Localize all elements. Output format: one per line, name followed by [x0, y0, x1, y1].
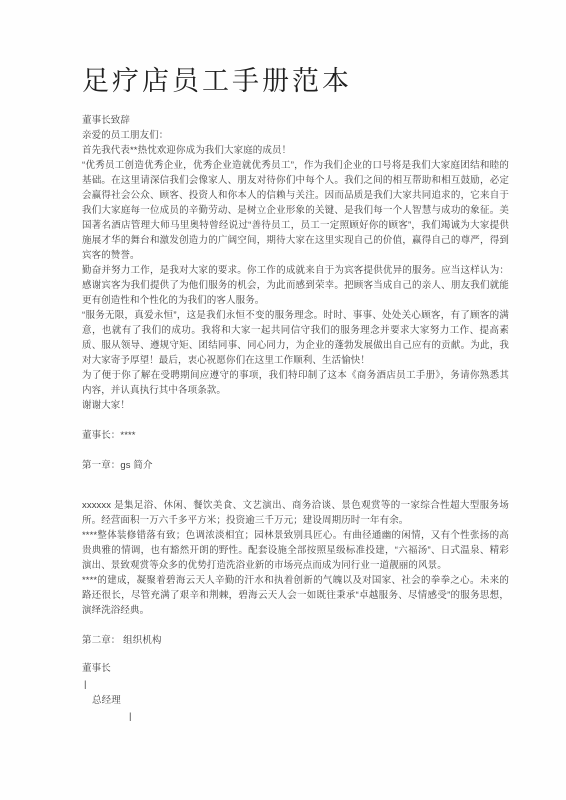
org-chart-node-chairman: 董事长: [82, 661, 509, 677]
paragraph: ****整体装修错落有致；色调浓淡相宜；园林景致别具匠心。有曲径通幽的闲情，又有…: [82, 528, 509, 573]
document-title: 足疗店员工手册范本: [82, 66, 509, 96]
paragraph: xxxxxx 是集足浴、休闲、餐饮美食、文艺演出、商务洽谈、景色观赏等的一家综合…: [82, 498, 509, 528]
paragraph: 谢谢大家！: [82, 398, 509, 413]
document-page: 足疗店员工手册范本 董事长致辞 亲爱的员工朋友们： 首先我代表**热忱欢迎你成为…: [0, 0, 566, 800]
paragraph: 为了便于你了解在受聘期间应遵守的事项，我们特印制了这本《商务酒店员工手册》，务请…: [82, 368, 509, 398]
org-chart-node-general-manager: 总经理: [82, 693, 509, 709]
paragraph: “优秀员工创造优秀企业，优秀企业造就优秀员工”，作为我们企业的口号将是我们大家庭…: [82, 158, 509, 263]
paragraph: “服务无限，真爱永恒”，这是我们永恒不变的服务理念。时时、事事、处处关心顾客，有…: [82, 308, 509, 368]
org-chart: 董事长 | 总经理 |: [82, 661, 509, 725]
chapter2-heading: 第二章： 组织机构: [82, 633, 509, 648]
paragraph: 亲爱的员工朋友们：: [82, 128, 509, 143]
org-chart-connector: |: [82, 677, 509, 693]
preface-heading: 董事长致辞: [82, 113, 509, 128]
paragraph: 勤奋并努力工作，是我对大家的要求。你工作的成就来自于为宾客提供优异的服务。应当这…: [82, 263, 509, 308]
org-chart-connector: |: [82, 709, 509, 725]
chapter1-heading: 第一章：gs 简介: [82, 458, 509, 473]
paragraph: 首先我代表**热忱欢迎你成为我们大家庭的成员！: [82, 143, 509, 158]
document-body: 董事长致辞 亲爱的员工朋友们： 首先我代表**热忱欢迎你成为我们大家庭的成员！ …: [82, 113, 509, 725]
signature-line: 董事长：****: [82, 428, 509, 443]
paragraph: ****的建成，凝聚着碧海云天人辛勤的汗水和执着创新的气魄以及对国家、社会的拳拳…: [82, 573, 509, 618]
